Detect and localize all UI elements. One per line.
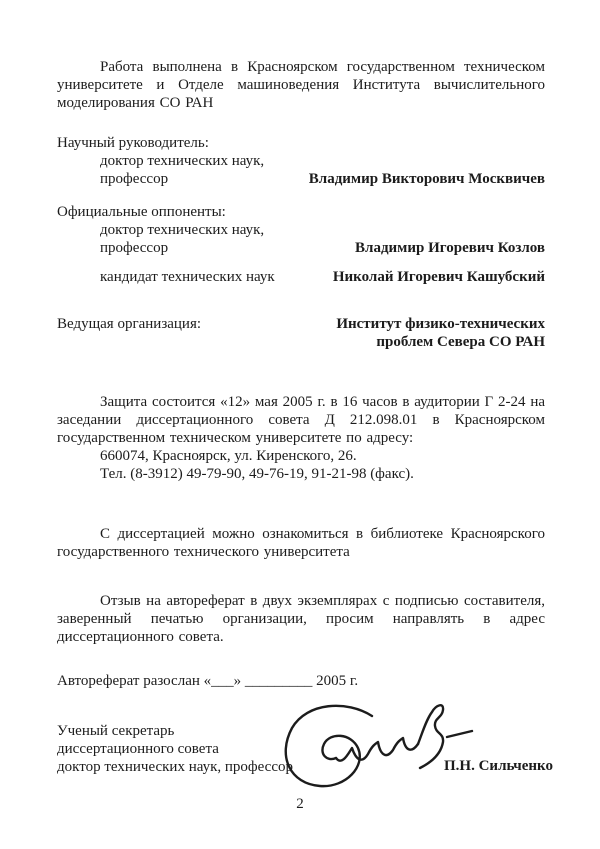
leading-org-section: Ведущая организация: Институт физико-тех… xyxy=(57,315,545,351)
secretary-name: П.Н. Сильченко xyxy=(444,757,553,775)
defense-section: Защита состоится «12» мая 2005 г. в 16 ч… xyxy=(57,393,545,483)
mailed-line: Автореферат разослан «___» _________ 200… xyxy=(57,672,545,690)
opponent1-title: профессор xyxy=(57,239,168,257)
document-page: Работа выполнена в Красноярском государс… xyxy=(0,0,600,849)
supervisor-section: Научный руководитель: доктор технических… xyxy=(57,134,545,188)
leading-org-name-line2: проблем Севера СО РАН xyxy=(336,333,545,351)
supervisor-degree: доктор технических наук, xyxy=(57,152,545,170)
opponents-section: Официальные оппоненты: доктор технически… xyxy=(57,203,545,286)
opponent1-name: Владимир Игоревич Козлов xyxy=(355,239,545,257)
opponent1-degree: доктор технических наук, xyxy=(57,221,545,239)
opponents-heading: Официальные оппоненты: xyxy=(57,203,545,221)
page-number: 2 xyxy=(0,795,600,813)
signature-icon xyxy=(272,698,482,800)
supervisor-title: профессор xyxy=(57,170,168,188)
leading-org-label: Ведущая организация: xyxy=(57,315,201,333)
defense-phone: Тел. (8-3912) 49-79-90, 49-76-19, 91-21-… xyxy=(57,465,545,483)
defense-paragraph: Защита состоится «12» мая 2005 г. в 16 ч… xyxy=(57,393,545,447)
opponent2-degree: кандидат технических наук xyxy=(57,268,275,286)
intro-paragraph: Работа выполнена в Красноярском государс… xyxy=(57,58,545,112)
library-paragraph: С диссертацией можно ознакомиться в библ… xyxy=(57,525,545,561)
supervisor-heading: Научный руководитель: xyxy=(57,134,545,152)
review-paragraph: Отзыв на автореферат в двух экземплярах … xyxy=(57,592,545,646)
opponent2-name: Николай Игоревич Кашубский xyxy=(333,268,545,286)
supervisor-name: Владимир Викторович Москвичев xyxy=(309,170,545,188)
leading-org-name-line1: Институт физико-технических xyxy=(336,315,545,333)
leading-org-name: Институт физико-технических проблем Севе… xyxy=(336,315,545,351)
defense-address: 660074, Красноярск, ул. Киренского, 26. xyxy=(57,447,545,465)
